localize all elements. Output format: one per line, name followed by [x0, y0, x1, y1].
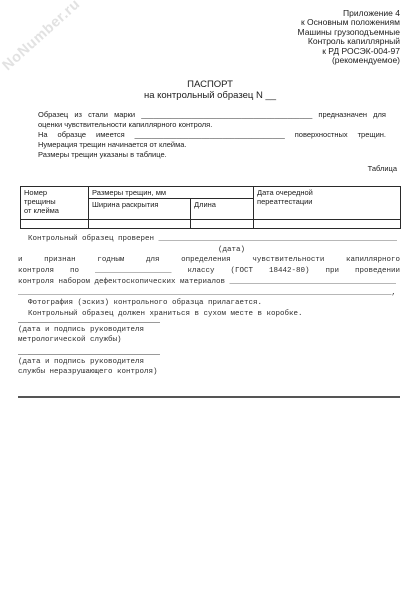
intro-line: Нумерация трещин начинается от клейма. [38, 140, 386, 150]
verification-line: Фотография (эскиз) контрольного образца … [18, 298, 400, 309]
document-page: NoNumber.ru Приложение 4 к Основным поло… [0, 0, 420, 600]
signature-caption-line: метрологической службы) [18, 335, 238, 345]
signature-caption-line: (дата и подпись руководителя [18, 357, 238, 367]
verification-line: Контрольный образец проверен ___________… [18, 234, 400, 245]
document-title: ПАСПОРТ [0, 80, 420, 91]
signature-block-metrology: (дата и подпись руководителя метрологиче… [18, 322, 238, 346]
intro-line: Размеры трещин указаны в таблице. [38, 150, 386, 160]
verification-line: контроля по _________________ классу (ГО… [18, 266, 400, 277]
table-cell-number [21, 220, 89, 229]
bottom-rule [18, 396, 400, 398]
table-cell-width [89, 220, 191, 229]
signature-rule [18, 354, 160, 355]
verification-paragraph: Контрольный образец проверен ___________… [18, 234, 400, 320]
document-subtitle: на контрольный образец N __ [0, 91, 420, 102]
col-header-crack-sizes: Размеры трещин, мм [89, 187, 254, 199]
col-header-crack-width: Ширина раскрытия [89, 199, 191, 220]
signature-rule [18, 322, 160, 323]
signature-caption-line: (дата и подпись руководителя [18, 325, 238, 335]
col-header-crack-length: Длина [191, 199, 254, 220]
verification-line: ________________________________________… [18, 288, 400, 299]
date-hint-label: (дата) [18, 245, 400, 256]
intro-line: оценки чувствительности капиллярного кон… [38, 120, 386, 130]
col-header-crack-number: Номер трещины от клейма [21, 187, 89, 220]
intro-line: Образец из стали марки _________________… [38, 110, 386, 120]
col-header-recert-date: Дата очередной переаттестации [254, 187, 401, 220]
signature-caption-line: службы неразрушающего контроля) [18, 367, 238, 377]
watermark: NoNumber.ru [0, 0, 84, 74]
header-note-line: (рекомендуемое) [298, 56, 400, 65]
table-caption: Таблица [368, 164, 397, 173]
verification-line: Контрольный образец должен храниться в с… [18, 309, 400, 320]
signature-block-ndt: (дата и подпись руководителя службы нера… [18, 354, 238, 378]
intro-line: На образце имеется _____________________… [38, 130, 386, 140]
table-cell-length [191, 220, 254, 229]
document-title-block: ПАСПОРТ на контрольный образец N __ [0, 80, 420, 101]
verification-line: контроля набором дефектоскопических мате… [18, 277, 400, 288]
table-row [21, 220, 401, 229]
table-cell-date [254, 220, 401, 229]
verification-line: и признан годным для определения чувстви… [18, 255, 400, 266]
cracks-table: Номер трещины от клейма Размеры трещин, … [20, 186, 401, 229]
intro-paragraph: Образец из стали марки _________________… [38, 110, 386, 160]
header-note: Приложение 4 к Основным положениям Машин… [298, 9, 400, 65]
